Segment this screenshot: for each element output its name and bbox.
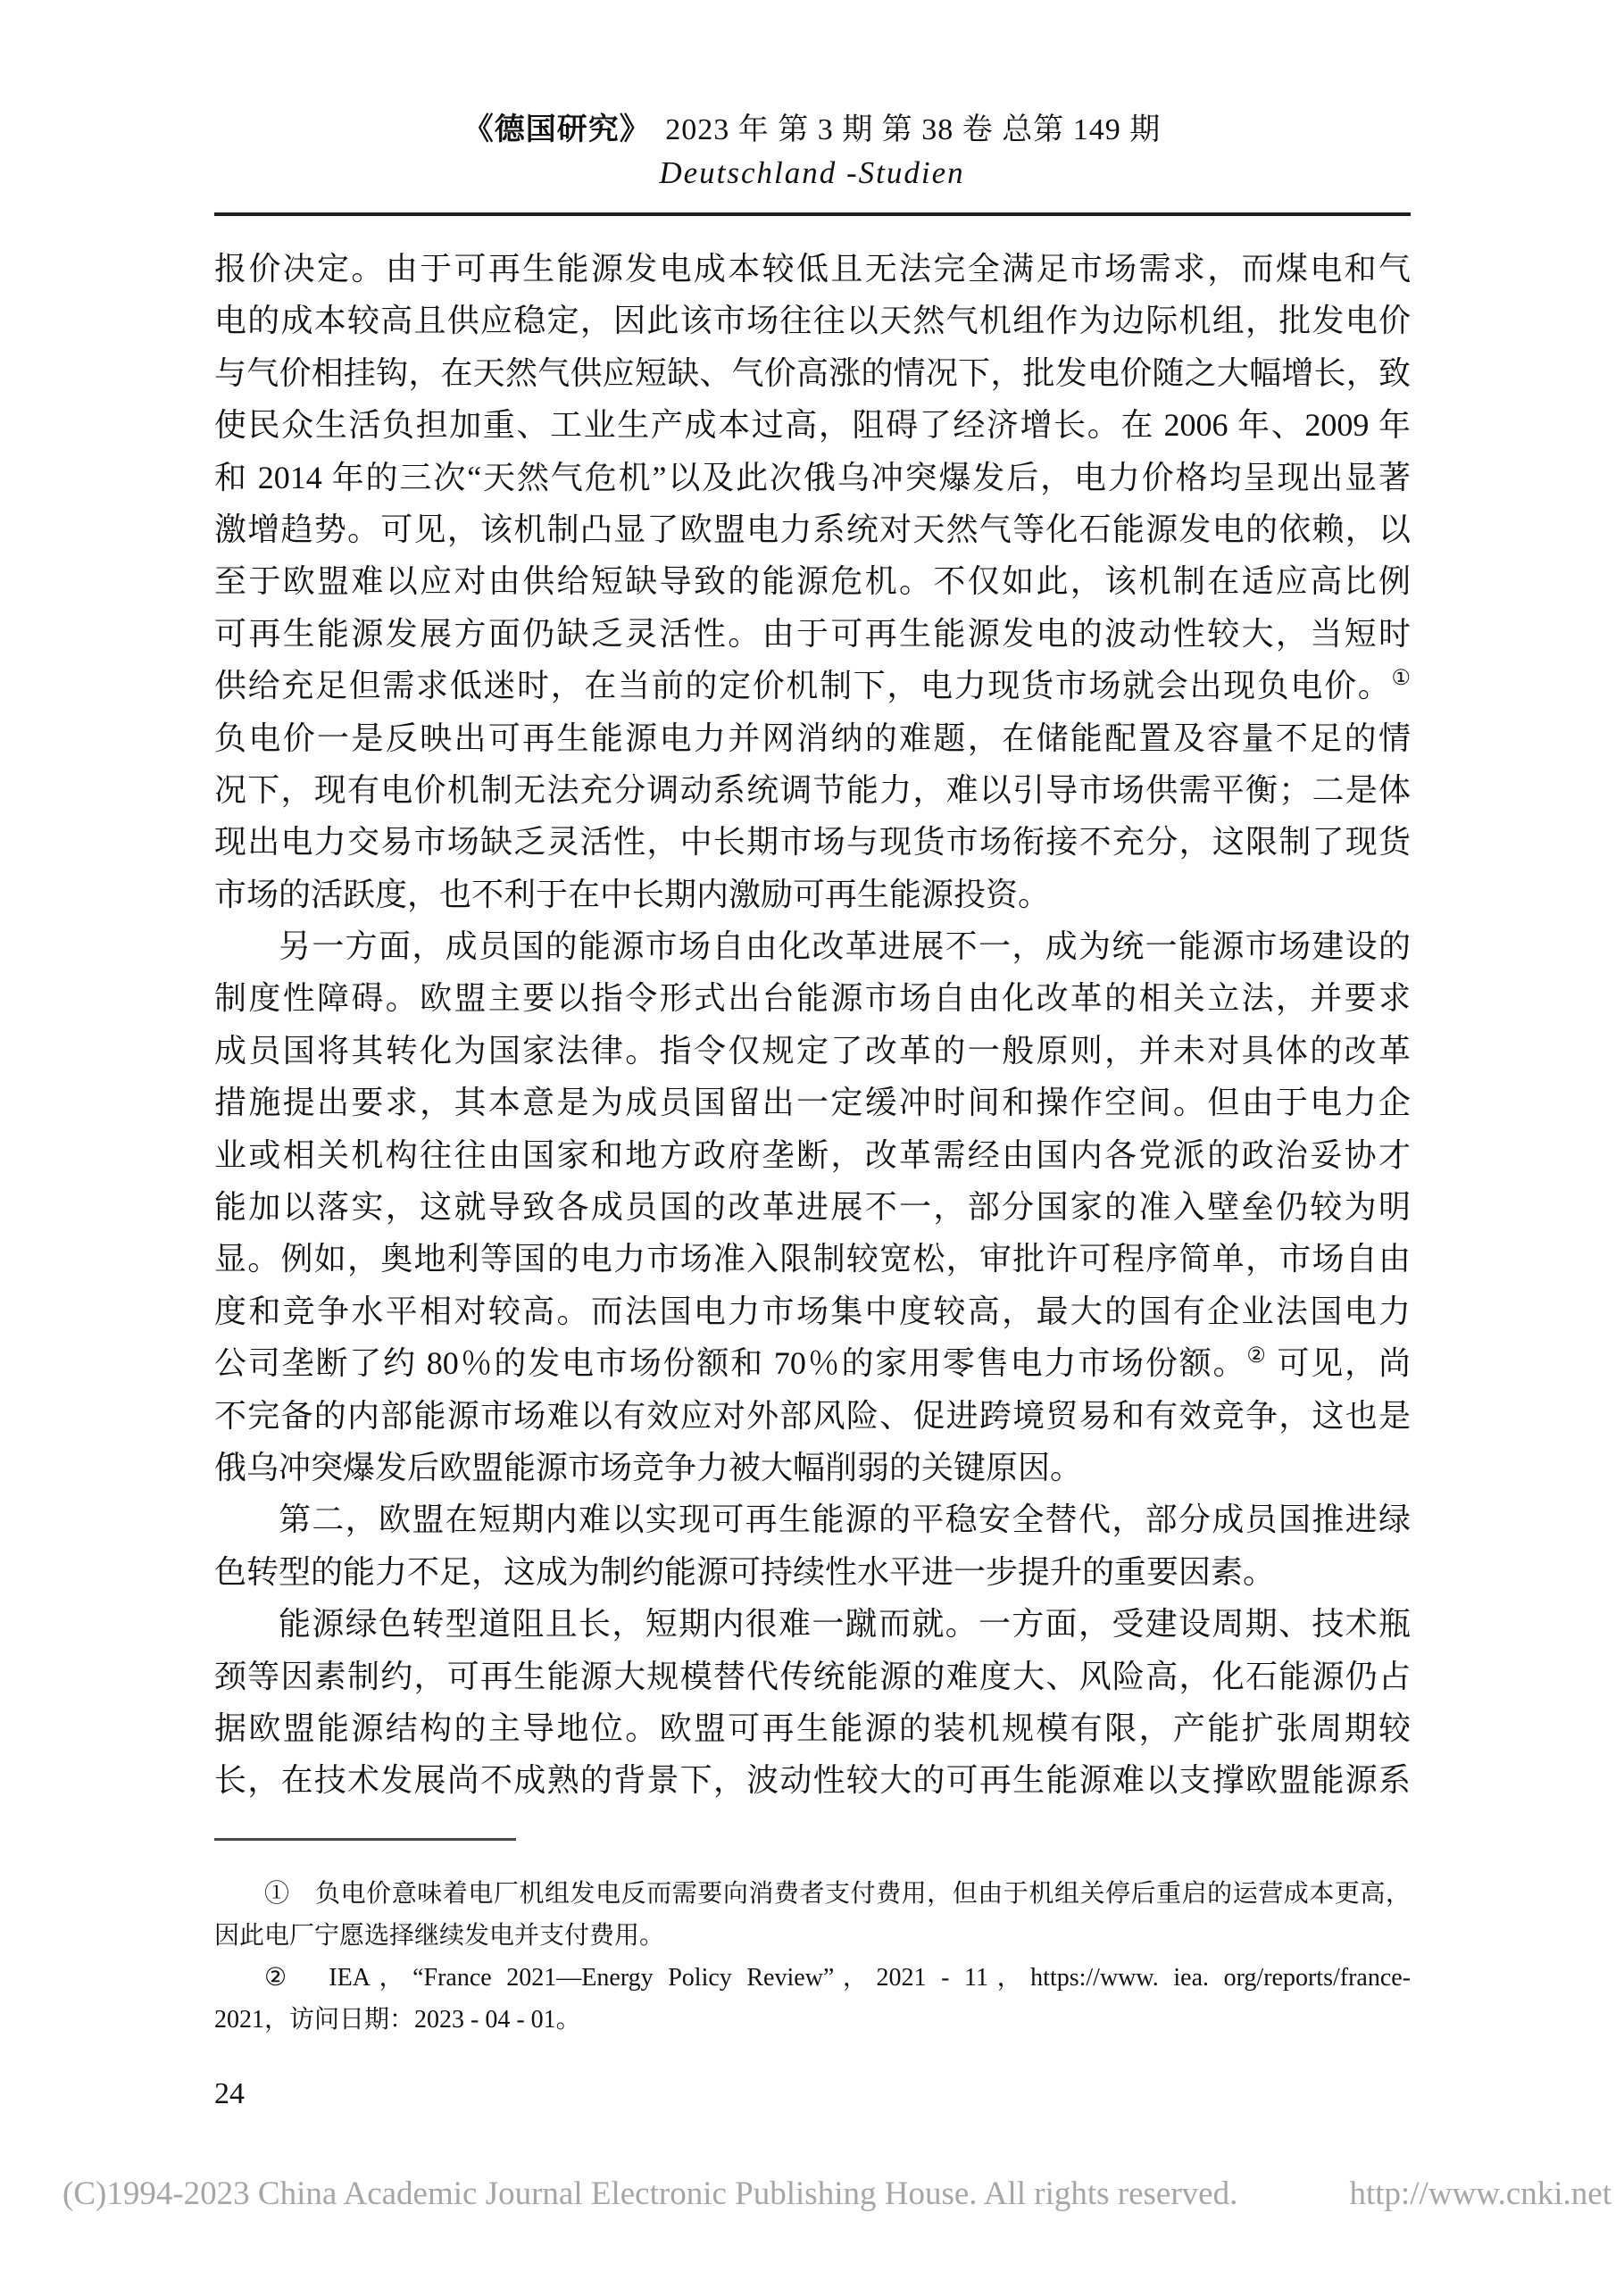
body-line: 长，在技术发展尚不成熟的背景下，波动性较大的可再生能源难以支撑欧盟能源系: [214, 1754, 1411, 1806]
journal-title-line: 《德国研究》 2023 年 第 3 期 第 38 卷 总第 149 期: [0, 111, 1624, 149]
body-line: 色转型的能力不足，这成为制约能源可持续性水平进一步提升的重要因素。: [214, 1546, 1411, 1598]
footnote-ref: ①: [1391, 667, 1411, 690]
footnote-ref: ②: [1246, 1344, 1267, 1368]
body-line: 公司垄断了约 80％的发电市场份额和 70％的家用零售电力市场份额。② 可见，尚: [214, 1337, 1411, 1389]
body-line: 激增趋势。可见，该机制凸显了欧盟电力系统对天然气等化石能源发电的依赖，以: [214, 503, 1411, 555]
footnote-line: 2021，访问日期：2023 - 04 - 01。: [214, 1999, 1411, 2041]
body-line: 制度性障碍。欧盟主要以指令形式出台能源市场自由化改革的相关立法，并要求: [214, 972, 1411, 1024]
body-line: 措施提出要求，其本意是为成员国留出一定缓冲时间和操作空间。但由于电力企: [214, 1077, 1411, 1128]
body-line: 可再生能源发展方面仍缺乏灵活性。由于可再生能源发电的波动性较大，当短时: [214, 608, 1411, 660]
copyright-text: (C)1994-2023 China Academic Journal Elec…: [62, 2175, 1237, 2214]
body-line: 能源绿色转型道阻且长，短期内很难一蹴而就。一方面，受建设周期、技术瓶: [214, 1598, 1411, 1650]
body-line: 据欧盟能源结构的主导地位。欧盟可再生能源的装机规模有限，产能扩张周期较: [214, 1702, 1411, 1754]
article-body: 报价决定。由于可再生能源发电成本较低且无法完全满足市场需求，而煤电和气电的成本较…: [214, 243, 1411, 1807]
body-line: 不完备的内部能源市场难以有效应对外部风险、促进跨境贸易和有效竞争，这也是: [214, 1390, 1411, 1442]
body-line: 第二，欧盟在短期内难以实现可再生能源的平稳安全替代，部分成员国推进绿: [214, 1493, 1411, 1545]
body-line: 另一方面，成员国的能源市场自由化改革进展不一，成为统一能源市场建设的: [214, 920, 1411, 972]
footnote-line: ① 负电价意味着电厂机组发电反而需要向消费者支付费用，但由于机组关停后重启的运营…: [214, 1873, 1411, 1915]
cnki-url: http://www.cnki.net: [1349, 2175, 1612, 2214]
footnote-line: ② IEA，“France 2021—Energy Policy Review”…: [214, 1957, 1411, 1999]
body-line: 负电价一是反映出可再生能源电力并网消纳的难题，在储能配置及容量不足的情: [214, 712, 1411, 764]
header-rule: [214, 212, 1411, 216]
body-line: 使民众生活负担加重、工业生产成本过高，阻碍了经济增长。在 2006 年、2009…: [214, 399, 1411, 451]
footnote-separator: [214, 1838, 516, 1841]
journal-issue-info: 2023 年 第 3 期 第 38 卷 总第 149 期: [665, 113, 1161, 146]
body-line: 电的成本较高且供应稳定，因此该市场往往以天然气机组作为边际机组，批发电价: [214, 295, 1411, 346]
journal-name: 《德国研究》: [463, 112, 651, 146]
footnotes: ① 负电价意味着电厂机组发电反而需要向消费者支付费用，但由于机组关停后重启的运营…: [214, 1873, 1411, 2041]
footnote-line: 因此电厂宁愿选择继续发电并支付费用。: [214, 1915, 1411, 1957]
body-line: 市场的活跃度，也不利于在中长期内激励可再生能源投资。: [214, 869, 1411, 920]
body-line: 和 2014 年的三次“天然气危机”以及此次俄乌冲突爆发后，电力价格均呈现出显著: [214, 452, 1411, 503]
body-line: 供给充足但需求低迷时，在当前的定价机制下，电力现货市场就会出现负电价。①: [214, 660, 1411, 711]
watermark-footer: (C)1994-2023 China Academic Journal Elec…: [62, 2175, 1612, 2214]
body-line: 度和竞争水平相对较高。而法国电力市场集中度较高，最大的国有企业法国电力: [214, 1285, 1411, 1337]
body-line: 现出电力交易市场缺乏灵活性，中长期市场与现货市场衔接不充分，这限制了现货: [214, 816, 1411, 868]
document-page: 《德国研究》 2023 年 第 3 期 第 38 卷 总第 149 期 Deut…: [0, 0, 1624, 2271]
body-line: 显。例如，奥地利等国的电力市场准入限制较宽松，审批许可程序简单，市场自由: [214, 1233, 1411, 1285]
journal-subtitle: Deutschland -Studien: [0, 155, 1624, 191]
body-line: 成员国将其转化为国家法律。指令仅规定了改革的一般原则，并未对具体的改革: [214, 1025, 1411, 1077]
page-number: 24: [214, 2076, 245, 2112]
body-line: 颈等因素制约，可再生能源大规模替代传统能源的难度大、风险高，化石能源仍占: [214, 1651, 1411, 1702]
body-line: 业或相关机构往往由国家和地方政府垄断，改革需经由国内各党派的政治妥协才: [214, 1129, 1411, 1181]
body-line: 能加以落实，这就导致各成员国的改革进展不一，部分国家的准入壁垒仍较为明: [214, 1181, 1411, 1233]
body-line: 报价决定。由于可再生能源发电成本较低且无法完全满足市场需求，而煤电和气: [214, 243, 1411, 295]
body-line: 俄乌冲突爆发后欧盟能源市场竞争力被大幅削弱的关键原因。: [214, 1442, 1411, 1493]
body-line: 至于欧盟难以应对由供给短缺导致的能源危机。不仅如此，该机制在适应高比例: [214, 555, 1411, 607]
body-line: 况下，现有电价机制无法充分调动系统调节能力，难以引导市场供需平衡；二是体: [214, 764, 1411, 816]
body-line: 与气价相挂钩，在天然气供应短缺、气价高涨的情况下，批发电价随之大幅增长，致: [214, 347, 1411, 399]
